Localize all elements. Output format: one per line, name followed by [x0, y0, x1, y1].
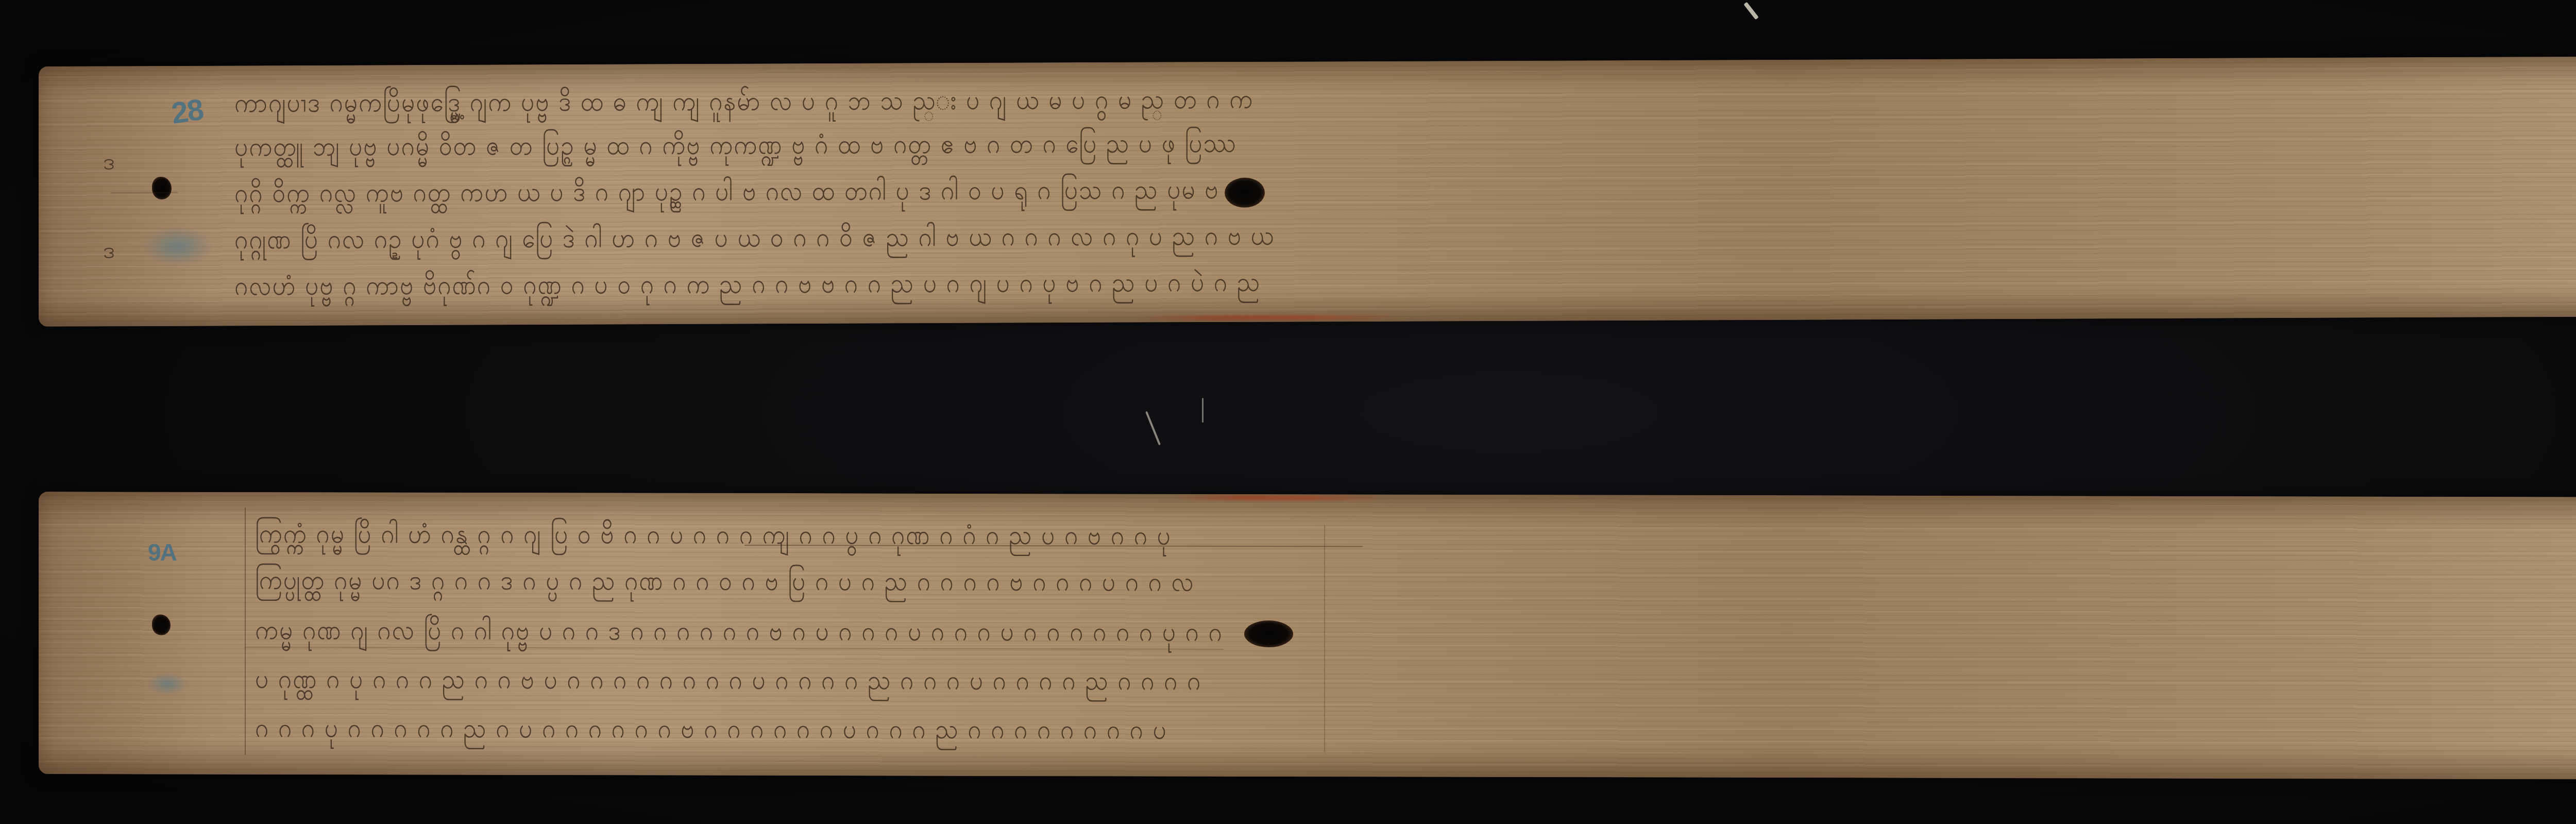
- pencil-smudge: [142, 226, 214, 267]
- palm-leaf-top: 28 28 ဒ ဒ ကာဂျပၢဒ ဂမ္မကပြိမုဖုဒ္မ္မြေ့ ဂ…: [39, 55, 2576, 327]
- fiber-debris: [1743, 2, 1759, 20]
- string-hole-left: [152, 615, 171, 635]
- text-line: ကြွက္ကံ ဂုမ္မ ပြိ ဂါ ဟံ ဂန္ထ ဂ္ဂ ဂ ဂျ ပြ…: [255, 519, 1172, 549]
- palm-leaf-bottom: 9A 29 ကြွက္ကံ ဂုမ္မ ပြိ ဂါ ဟံ ဂန္ထ ဂ္ဂ ဂ…: [39, 492, 2576, 780]
- margin-signature: ဒ: [103, 147, 115, 180]
- red-edge-stain: [1136, 315, 1404, 321]
- red-edge-stain: [1172, 495, 1388, 501]
- text-line: ကမ္မ ဂုဏ ဂျ ဂလ ပြိ ဂ ဂါ ဂုဗ္ဗ ပ ဂ ဂ ဒ ဂ …: [255, 616, 1223, 645]
- margin-signature: ဒ: [103, 236, 115, 269]
- text-line: ဂ ဂ ဂ ပု ဂ ဂ ဂ ဂ ဂ ည ဂ ပ ဂ ဂ ဂ ဂ ဂ ဂ ဗ ဂ…: [255, 714, 1167, 743]
- folio-mark-left: 28: [170, 92, 205, 131]
- text-line: ဂုဂ္ဂုဏ ပြိ ဂလ ဂဉ္ဍ ပုဂံ ဗွ ဂ ဂျ ပြေ ဒဲ …: [234, 222, 1275, 253]
- string-hole-left: [152, 177, 172, 199]
- text-line: ပုကတ္ထူ ဘျ ပုဗ္ဗ ပဂမ္မိ ဝိတ ဇ တ ပြဉ္ဂ မ္…: [234, 129, 1237, 160]
- ruled-margin-vertical: [245, 508, 246, 755]
- manuscript-text: ကြွက္ကံ ဂုမ္မ ပြိ ဂါ ဟံ ဂန္ထ ဂ္ဂ ဂ ဂျ ပြ…: [255, 510, 2576, 763]
- manuscript-text: ကာဂျပၢဒ ဂမ္မကပြိမုဖုဒ္မ္မြေ့ ဂျက ပုဗ္ဗ ဒ…: [234, 74, 2576, 311]
- text-line: ဂလဟံ ပုဗ္ဗ ဂ္ဂ ကာဗ္ဗ ဗိဂုဏ်ဂ ဝ ဂုဏ္ဍ ဂ ပ…: [234, 268, 1261, 299]
- fiber-debris: [1145, 411, 1161, 445]
- folio-mark-left: 9A: [148, 539, 176, 566]
- text-line: ပ ဂုဏ္ထ ဂ ပု ဂ ဂ ဂ ည ဂ ဂ ဗ ပ ဂ ဂ ဂ ဂ ဂ ဂ…: [255, 665, 1201, 694]
- text-line: ကြပ္ပုတ္ထ ဂုမ္မ ပဂ ဒ ဂ္ဂ ဂ ဂ ဒ ဂ ပ္ပ ဂ ည…: [255, 566, 1195, 595]
- text-line: ဂုဂ္ဂိ ဝိက္က ဂလ္လ ကူဗ ဂတ္ထ ဂာဟ ယ ပ ဒိ ဂ …: [234, 175, 1219, 206]
- fiber-debris: [1202, 398, 1204, 423]
- pencil-smudge: [147, 672, 188, 696]
- text-line: ကာဂျပၢဒ ဂမ္မကပြိမုဖုဒ္မ္မြေ့ ဂျက ပုဗ္ဗ ဒ…: [234, 85, 1253, 116]
